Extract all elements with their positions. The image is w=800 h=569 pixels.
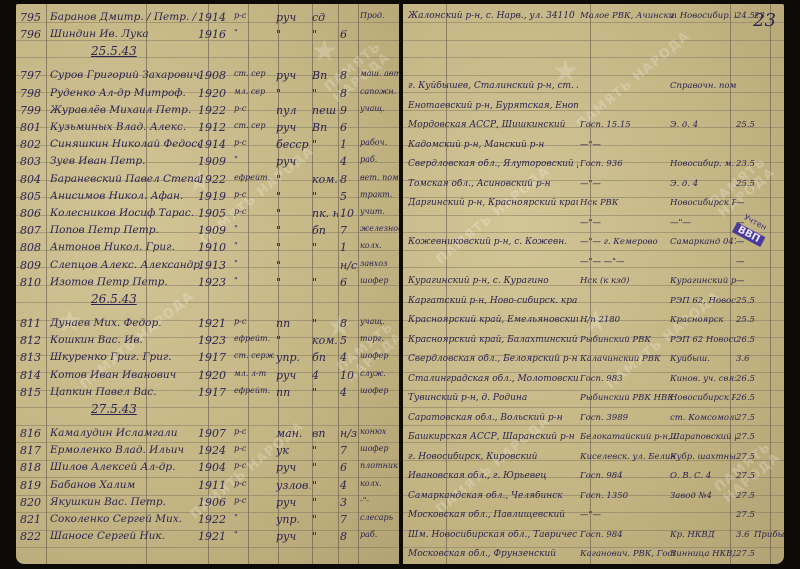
cell-spec: руч [276, 121, 310, 134]
cell-code: 6 [340, 121, 358, 134]
register-row: Жалонский р-н, с. Нарв., ул. 34110 – Кра… [402, 8, 784, 30]
cell-spec: руч [276, 530, 310, 543]
cell-num: 808 [20, 241, 46, 254]
cell-rank: " [234, 513, 274, 522]
cell-place: Ивановская обл., г. Юрьевец [408, 471, 578, 481]
cell-unit: " [312, 479, 338, 492]
cell-note: вет. пом. [360, 173, 400, 182]
cell-note: раб. [360, 155, 400, 164]
cell-rank: ст. сер [234, 121, 274, 130]
cell-note: колх. [360, 479, 400, 488]
cell-name: Якушкин Вас. Петр. [50, 496, 200, 508]
cell-num: 810 [20, 276, 46, 289]
cell-place: Свердловская обл., Белоярский р-н [408, 354, 578, 364]
cell-rank: р-с [234, 427, 274, 436]
cell-note: учащ. [360, 317, 400, 326]
cell-num: 803 [20, 155, 46, 168]
cell-name: Изотов Петр Петр. [50, 276, 200, 288]
cell-note: колх. [360, 241, 400, 250]
cell-address: Белокатайский р-н, ст. 3494 [580, 432, 676, 442]
cell-year: 1922 [198, 513, 232, 526]
cell-name: Камалудин Исламгали [50, 427, 200, 439]
cell-unit: " [312, 513, 338, 526]
cell-rank: " [234, 28, 274, 37]
cell-place: Каргатский р-н, Ново-сибирск. край [408, 296, 578, 306]
cell-address: Госп. 984 [580, 471, 676, 481]
cell-unit: " [312, 317, 338, 330]
cell-address: Каганович. РВК, Госп. № 93 [580, 549, 676, 559]
cell-unit: " [312, 461, 338, 474]
register-row: 822Шаносе Сергей Ник.1921"руч"8раб. [16, 527, 400, 549]
cell-unit: ком. [312, 334, 338, 347]
cell-date: 25.5 [736, 120, 766, 130]
cell-unit: " [312, 276, 338, 289]
cell-num: 796 [20, 28, 46, 41]
cell-code: 6 [340, 461, 358, 474]
cell-spec: пп [276, 386, 310, 399]
cell-year: 1921 [198, 317, 232, 330]
row-rule [402, 75, 784, 76]
cell-code: 5 [340, 334, 358, 347]
cell-note: шофер [360, 276, 400, 285]
cell-date: — [736, 237, 766, 247]
cell-rvk: Кубр. шахтный [670, 452, 736, 462]
cell-unit: " [312, 190, 338, 203]
date-heading: 25.5.43 [91, 44, 137, 58]
cell-name: Анисимов Никол. Афан. [50, 190, 200, 202]
right-page: 23 ★ ПАМЯТЬ НАРОДА ПАМЯТЬ НАРОДА ПАМЯТЬ … [402, 4, 784, 564]
cell-code: 4 [340, 386, 358, 399]
cell-year: 1922 [198, 173, 232, 186]
row-rule [16, 302, 400, 303]
cell-unit: вп [312, 427, 338, 440]
cell-place: Саратовская обл., Вольский р-н [408, 413, 578, 423]
cell-place: Жалонский р-н, с. Нарв., ул. 34110 – Кра… [408, 11, 578, 21]
cell-code: н/ср [340, 259, 358, 272]
cell-year: 1908 [198, 69, 232, 82]
cell-note: слесарь [360, 513, 400, 522]
cell-spec: упр. [276, 351, 310, 364]
cell-rvk: РЭП 62 Новосибирск [670, 335, 736, 345]
cell-year: 1919 [198, 190, 232, 203]
cell-address: —"— —"— [580, 257, 676, 267]
cell-year: 1923 [198, 276, 232, 289]
cell-rank: р-с [234, 496, 274, 505]
cell-num: 822 [20, 530, 46, 543]
cell-date: 25.5 [736, 296, 766, 306]
cell-spec: руч [276, 369, 310, 382]
cell-code: 6 [340, 28, 358, 41]
cell-name: Колесников Иосиф Тарас. [50, 207, 200, 219]
cell-num: 799 [20, 104, 46, 117]
cell-spec: " [276, 207, 310, 220]
cell-rvk: О. В. С. 4 [670, 471, 736, 481]
cell-note: учит. [360, 207, 400, 216]
cell-rank: ст. сер [234, 69, 274, 78]
cell-code: 4 [340, 351, 358, 364]
cell-year: 1924 [198, 444, 232, 457]
cell-extra: 23 [754, 11, 784, 21]
cell-note: шофер [360, 444, 400, 453]
cell-rank: р-с [234, 104, 274, 113]
cell-rvk: Новосибирск РЭП 62 [670, 198, 736, 208]
cell-address: Госп. 983 [580, 374, 676, 384]
cell-year: 1904 [198, 461, 232, 474]
cell-spec: " [276, 241, 310, 254]
cell-rank: " [234, 530, 274, 539]
cell-place: Даргинский р-н, Красноярский край [408, 198, 578, 208]
cell-address: —"— [580, 179, 676, 189]
cell-date: 27.5 [736, 452, 766, 462]
row-rule [402, 40, 784, 41]
cell-rank: р-с [234, 138, 274, 147]
cell-rvk: Шараповский р-н [670, 432, 736, 442]
cell-name: Слепцов Алекс. Александров. [50, 259, 200, 271]
cell-year: 1914 [198, 11, 232, 24]
cell-address: Н/п 2180 [580, 315, 676, 325]
cell-name: Шкуренко Григ. Григ. [50, 351, 200, 363]
cell-spec: " [276, 259, 310, 272]
cell-rvk: Красноярск [670, 315, 736, 325]
cell-note: конюх [360, 427, 400, 436]
cell-name: Синяшкин Николай Федосеев. [50, 138, 200, 150]
cell-year: 1909 [198, 224, 232, 237]
cell-address: Нск РВК [580, 198, 676, 208]
cell-date: 27.5 [736, 510, 766, 520]
cell-note: -"- [360, 496, 400, 505]
cell-year: 1909 [198, 155, 232, 168]
cell-name: Котов Иван Иванович [50, 369, 200, 381]
cell-rvk: РЭП 62, Новосибирск [670, 296, 736, 306]
cell-name: Дунаев Мих. Федор. [50, 317, 200, 329]
cell-unit: ком. [312, 173, 338, 186]
cell-code: 7 [340, 513, 358, 526]
cell-name: Руденко Ал-др Митроф. [50, 87, 200, 99]
cell-num: 802 [20, 138, 46, 151]
cell-num: 813 [20, 351, 46, 364]
cell-rvk: Кр. НКВД [670, 530, 736, 540]
cell-note: торг. [360, 334, 400, 343]
cell-year: 1912 [198, 121, 232, 134]
cell-address: —"— [580, 510, 676, 520]
page-spine [399, 0, 403, 569]
cell-year: 1910 [198, 241, 232, 254]
cell-unit: " [312, 444, 338, 457]
cell-code: 9 [340, 104, 358, 117]
cell-place: Самаркандская обл., Челябинск [408, 491, 578, 501]
cell-note: сапожн. [360, 87, 400, 96]
cell-spec: ук [276, 444, 310, 457]
cell-code: 7 [340, 444, 358, 457]
cell-place: Томская обл., Асиновский р-н [408, 179, 578, 189]
cell-date: — [736, 257, 766, 267]
cell-rvk: Э. д. 4 [670, 120, 736, 130]
cell-code: 1 [340, 241, 358, 254]
cell-place: Сталинградская обл., Молотовский р-н [408, 374, 578, 384]
cell-spec: узлов. [276, 479, 310, 492]
cell-address: Госп. 984 [580, 530, 676, 540]
cell-num: 797 [20, 69, 46, 82]
cell-rvk: Новосибир. м. 4835 [670, 159, 736, 169]
cell-note: Прод. [360, 11, 400, 20]
cell-rank: " [234, 241, 274, 250]
cell-date: 26.5 [736, 374, 766, 384]
cell-rank: р-с [234, 444, 274, 453]
cell-date: 27.5 [736, 471, 766, 481]
cell-num: 806 [20, 207, 46, 220]
cell-date: 25.5 [736, 179, 766, 189]
cell-code: 1 [340, 138, 358, 151]
cell-note: плотник [360, 461, 400, 470]
cell-unit: пеш [312, 104, 338, 117]
cell-unit: " [312, 87, 338, 100]
cell-date: — [736, 276, 766, 286]
cell-place: Красноярский край, Балахтинский р-н [408, 335, 578, 345]
cell-spec: ман. [276, 427, 310, 440]
cell-spec: руч [276, 461, 310, 474]
row-rule [402, 57, 784, 58]
cell-place: Красноярский край, Емельяновский р-н [408, 315, 578, 325]
cell-address: Нск (к кзд) [580, 276, 676, 286]
cell-address: —"— [580, 140, 676, 150]
cell-rvk: Кинов. уч. связи [670, 374, 736, 384]
cell-num: 820 [20, 496, 46, 509]
cell-date: 26.5 [736, 335, 766, 345]
cell-spec: руч [276, 155, 310, 168]
cell-rank: р-с [234, 317, 274, 326]
cell-year: 1921 [198, 530, 232, 543]
cell-spec: упр. [276, 513, 310, 526]
cell-date: 27.5 [736, 432, 766, 442]
cell-num: 819 [20, 479, 46, 492]
cell-place: Свердловская обл., Ялуторовский р-н [408, 159, 578, 169]
cell-rank: ефрейт. [234, 334, 274, 343]
register-row: Московская обл., ФрунзенскийКаганович. Р… [402, 546, 784, 564]
cell-unit: бп [312, 224, 338, 237]
cell-rvk: Курагинский р-н [670, 276, 736, 286]
cell-rank: мл. сер [234, 87, 274, 96]
cell-rank: р-с [234, 479, 274, 488]
cell-rank: мл. л-т [234, 369, 274, 378]
cell-address: Киселевск. ул. Белин. [580, 452, 676, 462]
cell-unit: " [312, 28, 338, 41]
cell-date: 27.5 [736, 491, 766, 501]
cell-year: 1911 [198, 479, 232, 492]
cell-date: 3.6 [736, 354, 766, 364]
cell-name: Суров Григорий Захарович [50, 69, 200, 81]
cell-spec: " [276, 276, 310, 289]
cell-num: 801 [20, 121, 46, 134]
cell-rank: ст. серж. [234, 351, 274, 360]
cell-num: 812 [20, 334, 46, 347]
cell-rvk: —"— [670, 218, 736, 228]
cell-num: 817 [20, 444, 46, 457]
cell-code: н/з [340, 427, 358, 440]
cell-address: —"— г. Кемерово [580, 237, 676, 247]
cell-name: Шиндин Ив. Лука [50, 28, 200, 40]
cell-rank: " [234, 224, 274, 233]
cell-note: железнод. [360, 224, 400, 233]
cell-year: 1917 [198, 386, 232, 399]
cell-rank: " [234, 155, 274, 164]
cell-year: 1905 [198, 207, 232, 220]
cell-num: 815 [20, 386, 46, 399]
cell-code: 8 [340, 69, 358, 82]
register-row: 796Шиндин Ив. Лука1916"""6 [16, 25, 400, 47]
row-rule [16, 57, 400, 58]
cell-date: 27.5 [736, 549, 766, 559]
cell-spec: " [276, 334, 310, 347]
cell-place: Кадомский р-н, Манский р-н [408, 140, 578, 150]
cell-note: рабоч. [360, 138, 400, 147]
cell-rank: р-с [234, 461, 274, 470]
cell-address: Рыбинский РВК [580, 335, 676, 345]
cell-num: 816 [20, 427, 46, 440]
cell-address: Госп. 3989 [580, 413, 676, 423]
cell-code: 3 [340, 496, 358, 509]
cell-year: 1917 [198, 351, 232, 364]
cell-address: Калачинский РВК [580, 354, 676, 364]
cell-code: 8 [340, 530, 358, 543]
cell-unit: пк. н/з [312, 207, 338, 220]
cell-rank: р-с [234, 11, 274, 20]
cell-spec: руч [276, 69, 310, 82]
cell-num: 795 [20, 11, 46, 24]
left-page: ★ ПАМЯТЬ НАРОДА ★ ПАМЯТЬ НАРОДА ★ ПАМЯТЬ… [16, 4, 400, 564]
cell-unit: " [312, 530, 338, 543]
cell-rank: р-с [234, 207, 274, 216]
cell-code: 7 [340, 224, 358, 237]
cell-place: Мордовская АССР, Шишкинский [408, 120, 578, 130]
cell-date: 27.5 [736, 413, 766, 423]
cell-num: 798 [20, 87, 46, 100]
cell-rank: ефрейт. [234, 386, 274, 395]
cell-code: 8 [340, 87, 358, 100]
cell-spec: " [276, 173, 310, 186]
cell-year: 1920 [198, 87, 232, 100]
cell-unit: Вп [312, 121, 338, 134]
cell-code: 4 [340, 479, 358, 492]
cell-num: 814 [20, 369, 46, 382]
cell-num: 805 [20, 190, 46, 203]
cell-name: Попов Петр Петр. [50, 224, 200, 236]
cell-extra: Прибыл Владивосток [754, 530, 784, 540]
date-heading: 27.5.43 [91, 402, 137, 416]
cell-name: Ермоленко Влад. Ильич [50, 444, 200, 456]
cell-spec: " [276, 28, 310, 41]
cell-rank: ефрейт. [234, 173, 274, 182]
cell-code: 4 [340, 155, 358, 168]
cell-year: 1922 [198, 104, 232, 117]
cell-name: Баранов Дмитр. / Петр. / Алекс. [50, 11, 200, 23]
cell-date: 23.5 [736, 159, 766, 169]
cell-year: 1914 [198, 138, 232, 151]
register-row: 810Изотов Петр Петр.1923"""6шофер [16, 273, 400, 295]
cell-name: Антонов Никол. Григ. [50, 241, 200, 253]
date-heading: 26.5.43 [91, 292, 137, 306]
cell-year: 1916 [198, 28, 232, 41]
cell-num: 809 [20, 259, 46, 272]
cell-num: 804 [20, 173, 46, 186]
cell-address: Госп. 936 [580, 159, 676, 169]
cell-address: Госп. 15.15 [580, 120, 676, 130]
cell-spec: руч [276, 496, 310, 509]
cell-name: Журавлёв Михаил Петр. [50, 104, 200, 116]
cell-note: раб. [360, 530, 400, 539]
cell-spec: пул [276, 104, 310, 117]
cell-spec: руч [276, 11, 310, 24]
cell-name: Шаносе Сергей Ник. [50, 530, 200, 542]
cell-address: —"— [580, 218, 676, 228]
cell-unit: 4 [312, 369, 338, 382]
cell-unit: сд [312, 11, 338, 24]
cell-name: Кузьминых Влад. Алекс. [50, 121, 200, 133]
cell-rvk: Новосибирск РЭП 62 [670, 393, 736, 403]
cell-code: 10 [340, 369, 358, 382]
cell-num: 821 [20, 513, 46, 526]
cell-place: Башкирская АССР, Шаранский р-н [408, 432, 578, 442]
cell-rvk: Э. д. 4 [670, 179, 736, 189]
cell-note: учащ. [360, 104, 400, 113]
cell-rvk: Винница НКВД [670, 549, 736, 559]
cell-year: 1906 [198, 496, 232, 509]
cell-note: завхоз [360, 259, 400, 268]
cell-place: Курагинский р-н, с. Курагино [408, 276, 578, 286]
cell-unit: Вп [312, 69, 338, 82]
cell-name: Шилов Алексей Ал-др. [50, 461, 200, 473]
cell-name: Бабанов Халим [50, 479, 200, 491]
cell-spec: " [276, 87, 310, 100]
cell-code: 10 [340, 207, 358, 220]
cell-place: г. Куйбышев, Сталинский р-н, ст. Кленова… [408, 81, 578, 91]
cell-code: 6 [340, 276, 358, 289]
cell-place: Кожевниковский р-н, с. Кожевн. [408, 237, 578, 247]
cell-year: 1923 [198, 334, 232, 347]
cell-rvk: Завод №4 [670, 491, 736, 501]
cell-note: служ. [360, 369, 400, 378]
cell-date: — [736, 198, 766, 208]
row-rule [16, 407, 400, 408]
cell-spec: " [276, 190, 310, 203]
cell-code: 8 [340, 173, 358, 186]
cell-address: Госп. 1350 [580, 491, 676, 501]
cell-place: Московская обл., Фрунзенский [408, 549, 578, 559]
cell-code: 8 [340, 317, 358, 330]
cell-year: 1920 [198, 369, 232, 382]
cell-address: Рыбинский РВК НВК [580, 393, 676, 403]
cell-rvk: Куйбыш. [670, 354, 736, 364]
cell-year: 1913 [198, 259, 232, 272]
cell-note: шофер [360, 351, 400, 360]
cell-name: Соколенко Сергей Мих. [50, 513, 200, 525]
cell-rvk: Самарканд 047 [670, 237, 736, 247]
cell-date: — [736, 218, 766, 228]
cell-name: Кошкин Вас. Ив. [50, 334, 200, 346]
cell-num: 818 [20, 461, 46, 474]
cell-place: Енотаевский р-н, Бурятская, Енотаевский [408, 101, 578, 111]
cell-note: маш. авт [360, 69, 400, 78]
cell-spec: бесср. [276, 138, 310, 151]
cell-date: 25.5 [736, 315, 766, 325]
cell-spec: пп [276, 317, 310, 330]
cell-name: Цапкин Павел Вас. [50, 386, 200, 398]
cell-unit: " [312, 386, 338, 399]
cell-unit: бп [312, 351, 338, 364]
cell-rank: " [234, 259, 274, 268]
cell-code: 5 [340, 190, 358, 203]
cell-rank: р-с [234, 190, 274, 199]
cell-year: 1907 [198, 427, 232, 440]
